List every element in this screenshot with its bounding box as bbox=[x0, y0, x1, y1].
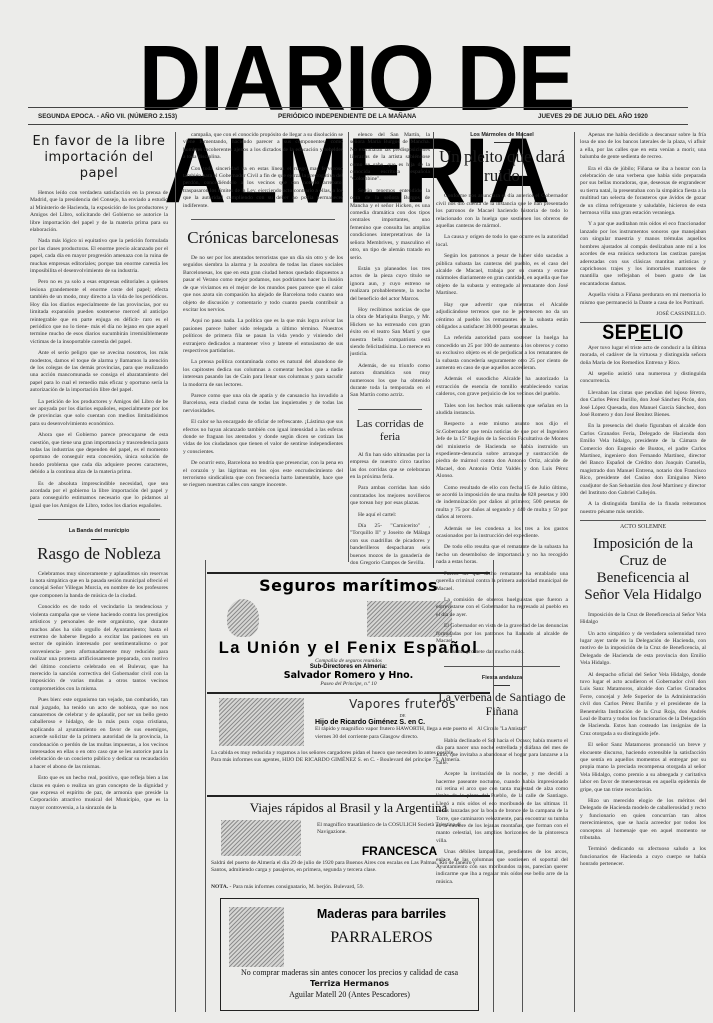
article-title-corridas: Las corridas de feria bbox=[350, 418, 430, 444]
paragraph: Con toda sinceridad va en estas líneas e… bbox=[183, 166, 343, 210]
paragraph: Según tenemos entendido la obra de la se… bbox=[350, 188, 430, 262]
ocean-liner-illustration-icon bbox=[221, 820, 301, 856]
paragraph: Era el día de júbilo; Fiñana se iba a ho… bbox=[580, 166, 706, 218]
paragraph: Hemos leído con verdadera satisfacción e… bbox=[30, 190, 168, 234]
paragraph: La comisión de obreros huelguistas que f… bbox=[436, 597, 568, 619]
paragraph: Conforme nos anunciara el día anterior e… bbox=[436, 193, 568, 230]
kicker-rule bbox=[91, 539, 107, 540]
paragraph: Apenas me había decidido a descansar sob… bbox=[580, 132, 706, 162]
article-title-sepelio: SEPELIO bbox=[580, 329, 706, 338]
paragraph: En la presencia del duelo figuraban el a… bbox=[580, 423, 706, 497]
paragraph: Llevaban las cintas que pendían del lujo… bbox=[580, 390, 706, 420]
divider bbox=[191, 219, 335, 220]
paragraph: Están ya planeados los tres actos de la … bbox=[350, 266, 430, 303]
kicker-rule bbox=[494, 142, 510, 143]
paragraph: Parece ser que dicho rematante ha entabl… bbox=[436, 571, 568, 593]
divider bbox=[38, 519, 160, 520]
byline: Al Círculo "La Amistad" bbox=[436, 726, 568, 733]
paragraph: Hay que advertir que mientras el Alcalde… bbox=[436, 302, 568, 332]
paragraph: Unas débiles lamparillas, pendientes de … bbox=[436, 849, 568, 886]
paragraph: Esto que es un hecho real, positivo, que… bbox=[30, 775, 168, 812]
paragraph: campaña, que con el conocido propósito d… bbox=[183, 132, 343, 162]
column-rule bbox=[348, 132, 349, 562]
paragraph: Ayer tuvo lugar el triste acto de conduc… bbox=[580, 345, 706, 367]
paragraph: El Gobernador en vista de la gravedad de… bbox=[436, 623, 568, 645]
paragraph: Es de absoluta imprescindible necesidad,… bbox=[30, 481, 168, 511]
paragraph: Terminó dedicando su afectuoso saludo a … bbox=[580, 846, 706, 868]
column-rule bbox=[175, 132, 176, 1012]
paragraph: Además, de su triunfo como autora dramát… bbox=[350, 363, 430, 400]
paragraph: Aquella visita a Fiñana perdurara en mi … bbox=[580, 292, 706, 307]
paragraph: Tales son los hechos más salientes que s… bbox=[436, 403, 568, 418]
kicker: Los Mármoles de Macael bbox=[436, 132, 568, 139]
paragraph: Al sepelio asistió una numerosa y distin… bbox=[580, 371, 706, 386]
masthead-rule-bottom bbox=[28, 124, 688, 125]
ad-address: Aguilar Matell 20 (Antes Pescadores) bbox=[289, 990, 410, 999]
edition-info: SEGUNDA EPOCA. - AÑO VII. (NÚMERO 2.153) bbox=[38, 113, 177, 120]
divider bbox=[580, 520, 706, 521]
paragraph: elenco del San Martín, la señora María B… bbox=[350, 132, 430, 184]
paragraph: Para ambas corridas han sido contratados… bbox=[350, 485, 430, 507]
paragraph: El asunto promete dar mucho ruido. bbox=[436, 649, 568, 656]
paragraph: Acepte la invitación de la noche, y me d… bbox=[436, 771, 568, 845]
ad-nota-text: - Para más informes consignatario, M. be… bbox=[228, 884, 364, 890]
paragraph: La referida autoridad para sostener la h… bbox=[436, 335, 568, 372]
paragraph: Día 25- "Carnicerito" , "Torquillo II" y… bbox=[350, 523, 430, 567]
paragraph: Aquí no pasa nada. La política que es la… bbox=[183, 318, 343, 355]
article-title-pleito: Un pleito que dará ruido bbox=[436, 147, 568, 185]
ad-nota-label: NOTA. bbox=[211, 884, 228, 890]
article-title-imposicion: Imposición de la Cruz de Beneficencia al… bbox=[580, 536, 706, 604]
paragraph: El señor Sanz Matamoros pronunció un bre… bbox=[580, 742, 706, 794]
paragraph: El calor se ha encargado de oficiar de r… bbox=[183, 419, 343, 456]
paragraph: Nada más lógico ni equitativo que la pet… bbox=[30, 238, 168, 275]
divider bbox=[444, 666, 560, 667]
paragraph: De todo ello resulta que el rematante de… bbox=[436, 544, 568, 566]
paragraph: Hizo un merecido elogio de los méritos d… bbox=[580, 798, 706, 842]
kicker: Fiesta andaluza bbox=[436, 675, 568, 682]
signature: JOSÉ CASSINELLO. bbox=[580, 311, 706, 318]
paragraph: Ante el serio peligro que se avecina nos… bbox=[30, 350, 168, 394]
article-title-verbena: La verbena de Santiago de Fiñana bbox=[436, 690, 568, 718]
paragraph: Al despacho oficial del Señor Vela Hidal… bbox=[580, 672, 706, 739]
paragraph: He aquí el cartel: bbox=[350, 512, 430, 519]
masthead: DIARIO DE ALMERIA SEGUNDA EPOCA. - AÑO V… bbox=[0, 0, 713, 110]
column-1: En favor de la libre importación del pap… bbox=[30, 132, 168, 816]
paragraph: Ahora que el Gobierno parece preocuparse… bbox=[30, 432, 168, 476]
paragraph: Como resultado de ello con fecha 15 de J… bbox=[436, 485, 568, 522]
paragraph: Conocido es de todo el vecindario la ten… bbox=[30, 604, 168, 693]
paragraph: La petición de los productores y Amigos … bbox=[30, 399, 168, 429]
column-4: elenco del San Martín, la señora María B… bbox=[350, 132, 430, 568]
ad-maderas-text: No comprar maderas sin antes conocer los… bbox=[236, 967, 463, 1000]
column-rule bbox=[205, 560, 206, 1012]
ad-text: No comprar maderas sin antes conocer los… bbox=[241, 968, 458, 977]
divider bbox=[358, 409, 422, 410]
paragraph: Al fin han sido ultimadas por la empresa… bbox=[350, 452, 430, 482]
kicker: La Banda del municipio bbox=[30, 528, 168, 535]
paragraph: Pero no es ya solo a esas empresas edito… bbox=[30, 279, 168, 346]
paragraph: Según los patronos a pesar de haber sido… bbox=[436, 253, 568, 297]
paragraph: La prensa política contaminada como es n… bbox=[183, 359, 343, 389]
kicker-rule bbox=[494, 685, 510, 686]
paragraph: De no ser por los atentados terroristas … bbox=[183, 255, 343, 314]
paragraph: Y a par que auditaban mis oídos el eco f… bbox=[580, 221, 706, 288]
article-title-papel: En favor de la libre importación del pap… bbox=[30, 134, 168, 182]
paragraph: Hoy recibimos noticias de que la obra de… bbox=[350, 307, 430, 359]
column-6: Apenas me había decidido a descansar sob… bbox=[580, 132, 706, 873]
masthead-rule-top bbox=[28, 107, 688, 108]
column-rule bbox=[574, 132, 575, 1012]
paragraph: Respecto a este mismo asunto nos dijo el… bbox=[436, 421, 568, 480]
paragraph: De ocurrir esto, Barcelona no tendría qu… bbox=[183, 460, 343, 490]
paragraph: Había declinado el Sol hacia el Ocaso; h… bbox=[436, 738, 568, 768]
paragraph: Parece como que una ola de apatía y de c… bbox=[183, 393, 343, 415]
column-rule bbox=[433, 132, 434, 568]
kicker: ACTO SOLEMNE bbox=[580, 524, 706, 531]
steamship-illustration-icon bbox=[219, 698, 304, 746]
paragraph: La causa y origen de todo lo que ocurre … bbox=[436, 234, 568, 249]
paragraph: Además se les condena a los tres a los g… bbox=[436, 526, 568, 541]
column-5: Los Mármoles de Macael Un pleito que dar… bbox=[436, 132, 568, 1012]
paragraph: Un acto simpático y de verdadera solemni… bbox=[580, 631, 706, 668]
paragraph: Celebramos muy sinceramente y aplaudimos… bbox=[30, 571, 168, 601]
column-2: campaña, que con el conocido propósito d… bbox=[183, 132, 343, 494]
tagline: PERIÓDICO INDEPENDIENTE DE LA MAÑANA bbox=[278, 113, 416, 120]
barrels-illustration-icon bbox=[229, 907, 284, 967]
paragraph: Pues bien: este organismo tan vejado, ta… bbox=[30, 697, 168, 771]
paragraph: Además el susodicho Alcalde ha autorizad… bbox=[436, 376, 568, 398]
article-title-cronicas: Crónicas barcelonesas bbox=[183, 228, 343, 247]
paragraph: Imposición de la Cruz de Beneficencia al… bbox=[580, 612, 706, 627]
issue-date: JUEVES 29 DE JULIO DEL AÑO 1920 bbox=[538, 113, 648, 120]
eagle-emblem-icon bbox=[227, 599, 259, 637]
article-title-rasgo: Rasgo de Nobleza bbox=[30, 544, 168, 563]
paragraph: A la distinguida familia de la finada re… bbox=[580, 501, 706, 516]
ad-company: Terriza Hermanos bbox=[310, 979, 389, 988]
